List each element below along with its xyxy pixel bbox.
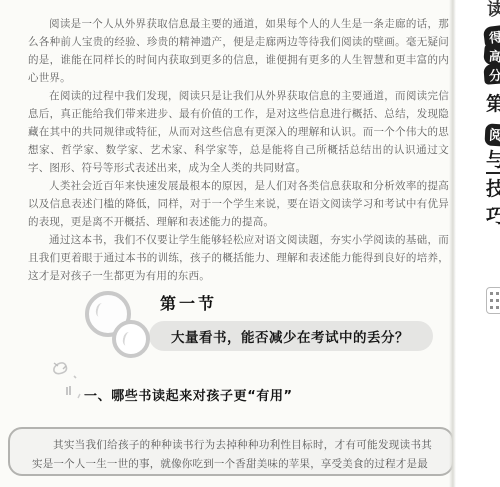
spine-mini-badge-icon [486,287,500,314]
section-number: 第一节 [160,291,217,314]
adjacent-cover-spine: 读 得 高 分 第 阅 与 技 巧 [456,0,500,487]
section-title-pill: 大量看书，能否减少在考试中的丢分？ [149,321,433,351]
intro-paragraph: 阅读是一个人从外界获取信息最主要的通道，如果每个人的人生是一条走廊的话，那么各种… [28,15,449,87]
page-edge-divider [449,0,456,487]
intro-paragraph: 在阅读的过程中我们发现，阅读只是让我们从外界获取信息的主要通道，而阅读完信息后，… [28,87,449,177]
spine-badge: 高 [483,44,500,66]
page-content: 阅读是一个人从外界获取信息最主要的通道，如果每个人的人生是一条走廊的话，那么各种… [0,0,456,487]
spine-char: 读 [487,2,500,19]
section-title: 大量看书，能否减少在考试中的丢分？ [171,326,409,346]
callout-box: 其实当我们给孩子的种种读书行为去掉种种功利性目标时，才有可能发现读书其实是一个人… [8,427,454,476]
spine-char: 技 [486,180,500,199]
callout-text: 其实当我们给孩子的种种读书行为去掉种种功利性目标时，才有可能发现读书其实是一个人… [32,436,432,474]
intro-text-block: 阅读是一个人从外界获取信息最主要的通道，如果每个人的人生是一条走廊的话，那么各种… [28,15,449,285]
bubble-decoration-icon [112,320,150,358]
intro-paragraph: 人类社会近百年来快速发展最根本的原因，是人们对各类信息获取和分析效率的提高以及信… [28,177,449,231]
intro-paragraph: 通过这本书，我们不仅要让学生能够轻松应对语文阅读题，夯实小学阅读的基础，而且我们… [28,231,449,285]
spine-char: 与 [486,151,500,174]
spine-badge: 阅 [484,123,500,146]
subheading: 一、哪些书读起来对孩子更“有用” [84,385,293,404]
scanned-book-page: 阅读是一个人从外界获取信息最主要的通道，如果每个人的人生是一条走廊的话，那么各种… [0,0,500,487]
spine-char: 第 [486,95,500,114]
spine-char: 巧 [486,207,500,226]
spine-badge: 分 [483,63,500,85]
pencil-doodle-icon [44,360,86,404]
